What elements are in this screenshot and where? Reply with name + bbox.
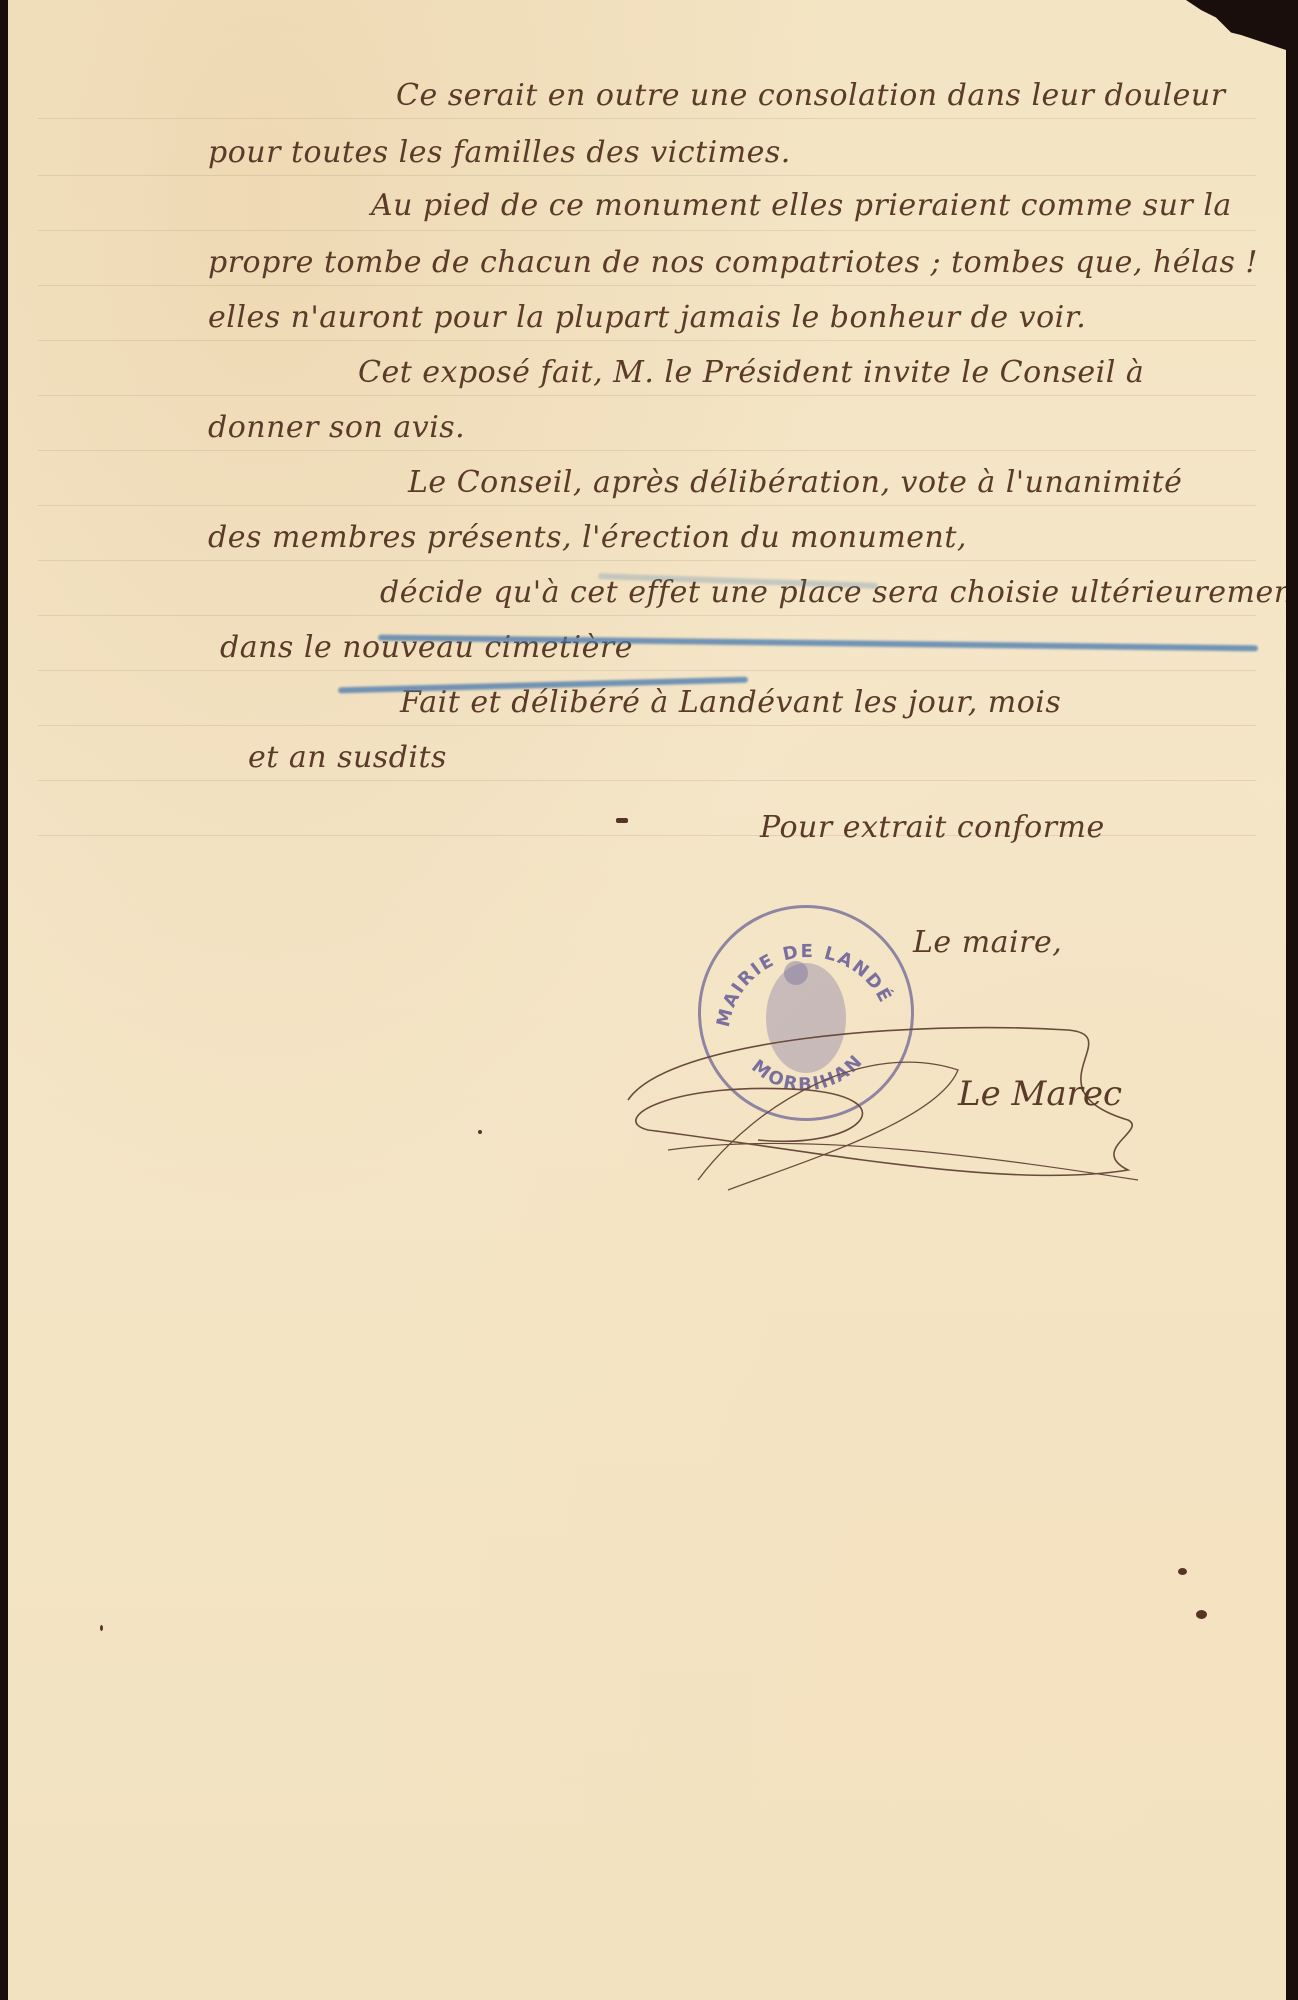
- ruled-line: [38, 615, 1256, 616]
- text-line: elles n'auront pour la plupart jamais le…: [208, 300, 1086, 335]
- ink-spot: [478, 1130, 482, 1134]
- text-line: Le Conseil, après délibération, vote à l…: [408, 465, 1182, 500]
- signature-flourish: Le Marec: [608, 980, 1148, 1200]
- ruled-line: [38, 725, 1256, 726]
- ruled-line: [38, 505, 1256, 506]
- ruled-line: [38, 340, 1256, 341]
- ink-spot: [1178, 1568, 1187, 1575]
- closing-formula: Pour extrait conforme: [760, 810, 1105, 845]
- text-line: des membres présents, l'érection du monu…: [208, 520, 967, 555]
- ruled-line: [38, 175, 1256, 176]
- ruled-line: [38, 450, 1256, 451]
- text-line: pour toutes les familles des victimes.: [208, 135, 791, 170]
- ruled-line: [38, 560, 1256, 561]
- svg-text:Le Marec: Le Marec: [957, 1074, 1122, 1114]
- ruled-line: [38, 395, 1256, 396]
- ruled-line: [38, 230, 1256, 231]
- text-line: décide qu'à cet effet une place sera cho…: [380, 575, 1286, 610]
- text-line: Au pied de ce monument elles prieraient …: [371, 188, 1232, 223]
- text-line: donner son avis.: [208, 410, 465, 445]
- text-line: Cet exposé fait, M. le Président invite …: [358, 355, 1144, 390]
- torn-corner: [1186, 0, 1286, 50]
- scan-border: [1290, 40, 1298, 2000]
- text-line: propre tombe de chacun de nos compatriot…: [208, 245, 1258, 280]
- ruled-line: [38, 285, 1256, 286]
- ruled-line: [38, 780, 1256, 781]
- ink-spot: [100, 1625, 103, 1631]
- text-line: Fait et délibéré à Landévant les jour, m…: [400, 685, 1061, 720]
- ink-dash: [616, 818, 628, 823]
- ruled-line: [38, 118, 1256, 119]
- signatory-title: Le maire,: [913, 925, 1062, 960]
- ruled-line: [38, 670, 1256, 671]
- text-line: Ce serait en outre une consolation dans …: [396, 78, 1226, 113]
- ink-spot: [1196, 1610, 1207, 1619]
- document-page: Ce serait en outre une consolation dans …: [8, 0, 1286, 2000]
- text-line: et an susdits: [248, 740, 447, 775]
